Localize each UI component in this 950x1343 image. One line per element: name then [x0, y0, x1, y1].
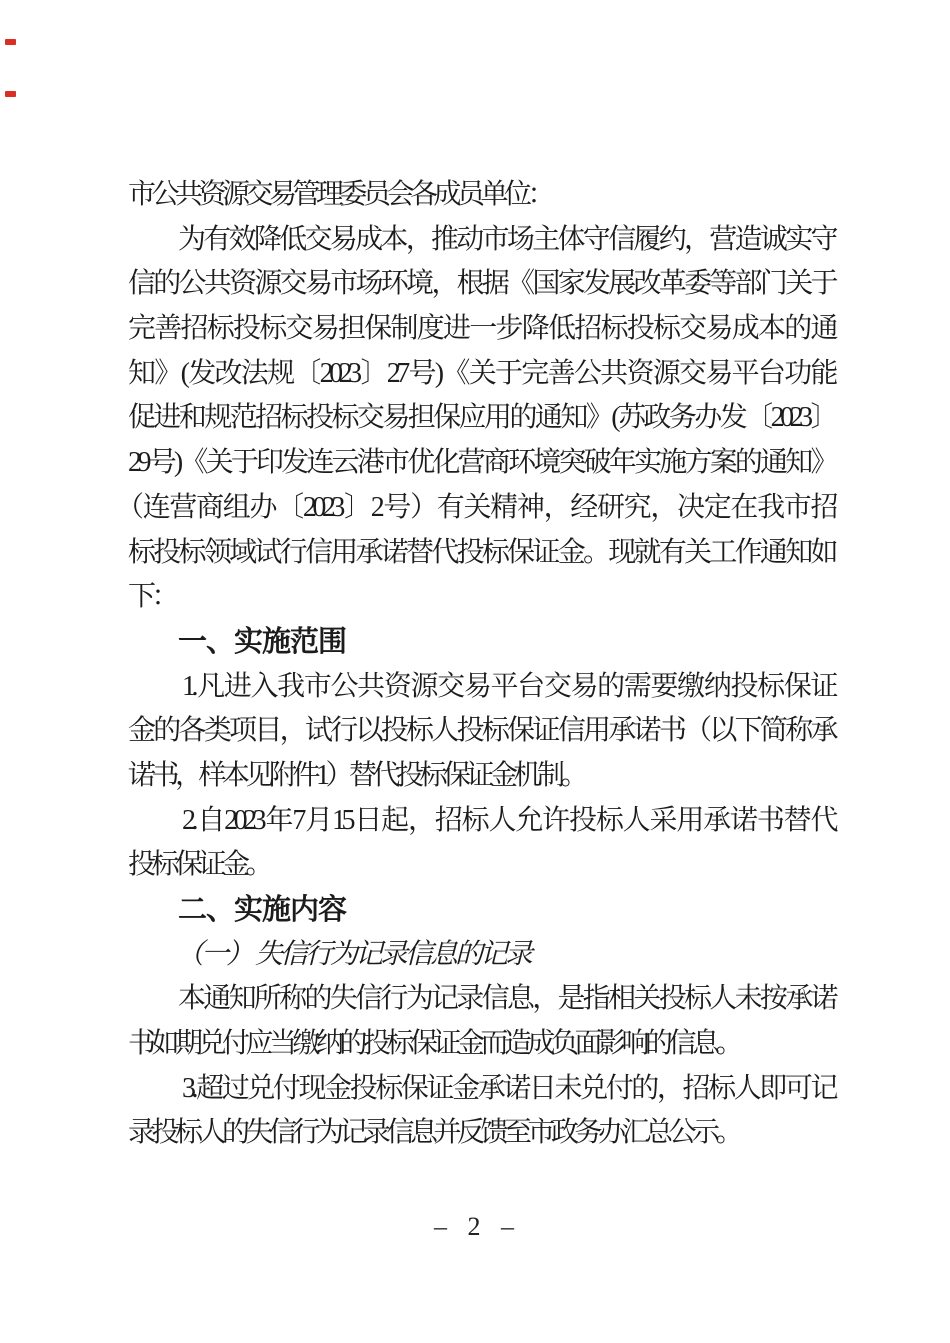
document-line: 本通知所称的失信行为记录信息，是指相关投标人未按承诺 [128, 977, 834, 1022]
page-number: – 2 – [0, 1212, 950, 1242]
document-line: 促进和规范招标投标交易担保应用的通知》(苏政务办发〔2023〕 [128, 396, 834, 441]
document-line: 知》(发改法规〔2023〕27号)《关于完善公共资源交易平台功能 [128, 352, 834, 397]
document-line: （连营商组办〔2023〕2号）有关精神，经研究，决定在我市招 [128, 486, 834, 531]
document-line: 完善招标投标交易担保制度进一步降低招标投标交易成本的通 [128, 307, 834, 352]
document-line: 信的公共资源交易市场环境，根据《国家发展改革委等部门关于 [128, 262, 834, 307]
section-heading-line: 一、实施范围 [128, 620, 834, 665]
document-line: 为有效降低交易成本，推动市场主体守信履约，营造诚实守 [128, 218, 834, 263]
scan-artifact-mark [5, 39, 16, 45]
subsection-heading-line: （一） 失信行为记录信息的记录 [128, 933, 834, 978]
section-heading-line: 二、实施内容 [128, 888, 834, 933]
document-line: 录投标人的失信行为记录信息并反馈至市政务办汇总公示。 [128, 1111, 834, 1156]
document-line: 下： [128, 575, 834, 620]
document-line: 29号)《关于印发连云港市优化营商环境突破年实施方案的通知》 [128, 441, 834, 486]
document-line: 2.自2023年7月15日起，招标人允许投标人采用承诺书替代 [128, 799, 834, 844]
document-line: 3.超过兑付现金投标保证金承诺日未兑付的，招标人即可记 [128, 1067, 834, 1112]
scan-artifact-mark [5, 91, 16, 97]
document-body: 市公共资源交易管理委员会各成员单位：为有效降低交易成本，推动市场主体守信履约，营… [128, 173, 834, 1156]
document-line: 诺书，样本见附件1）替代投标保证金机制。 [128, 754, 834, 799]
document-line: 金的各类项目，试行以投标人投标保证信用承诺书（以下简称承 [128, 709, 834, 754]
document-line: 1.凡进入我市公共资源交易平台交易的需要缴纳投标保证 [128, 665, 834, 710]
document-line: 书如期兑付应当缴纳的投标保证金而造成负面影响的信息。 [128, 1022, 834, 1067]
document-line: 市公共资源交易管理委员会各成员单位： [128, 173, 834, 218]
document-page: 市公共资源交易管理委员会各成员单位：为有效降低交易成本，推动市场主体守信履约，营… [0, 0, 950, 1343]
document-line: 投标保证金。 [128, 843, 834, 888]
document-line: 标投标领域试行信用承诺替代投标保证金。现就有关工作通知如 [128, 531, 834, 576]
